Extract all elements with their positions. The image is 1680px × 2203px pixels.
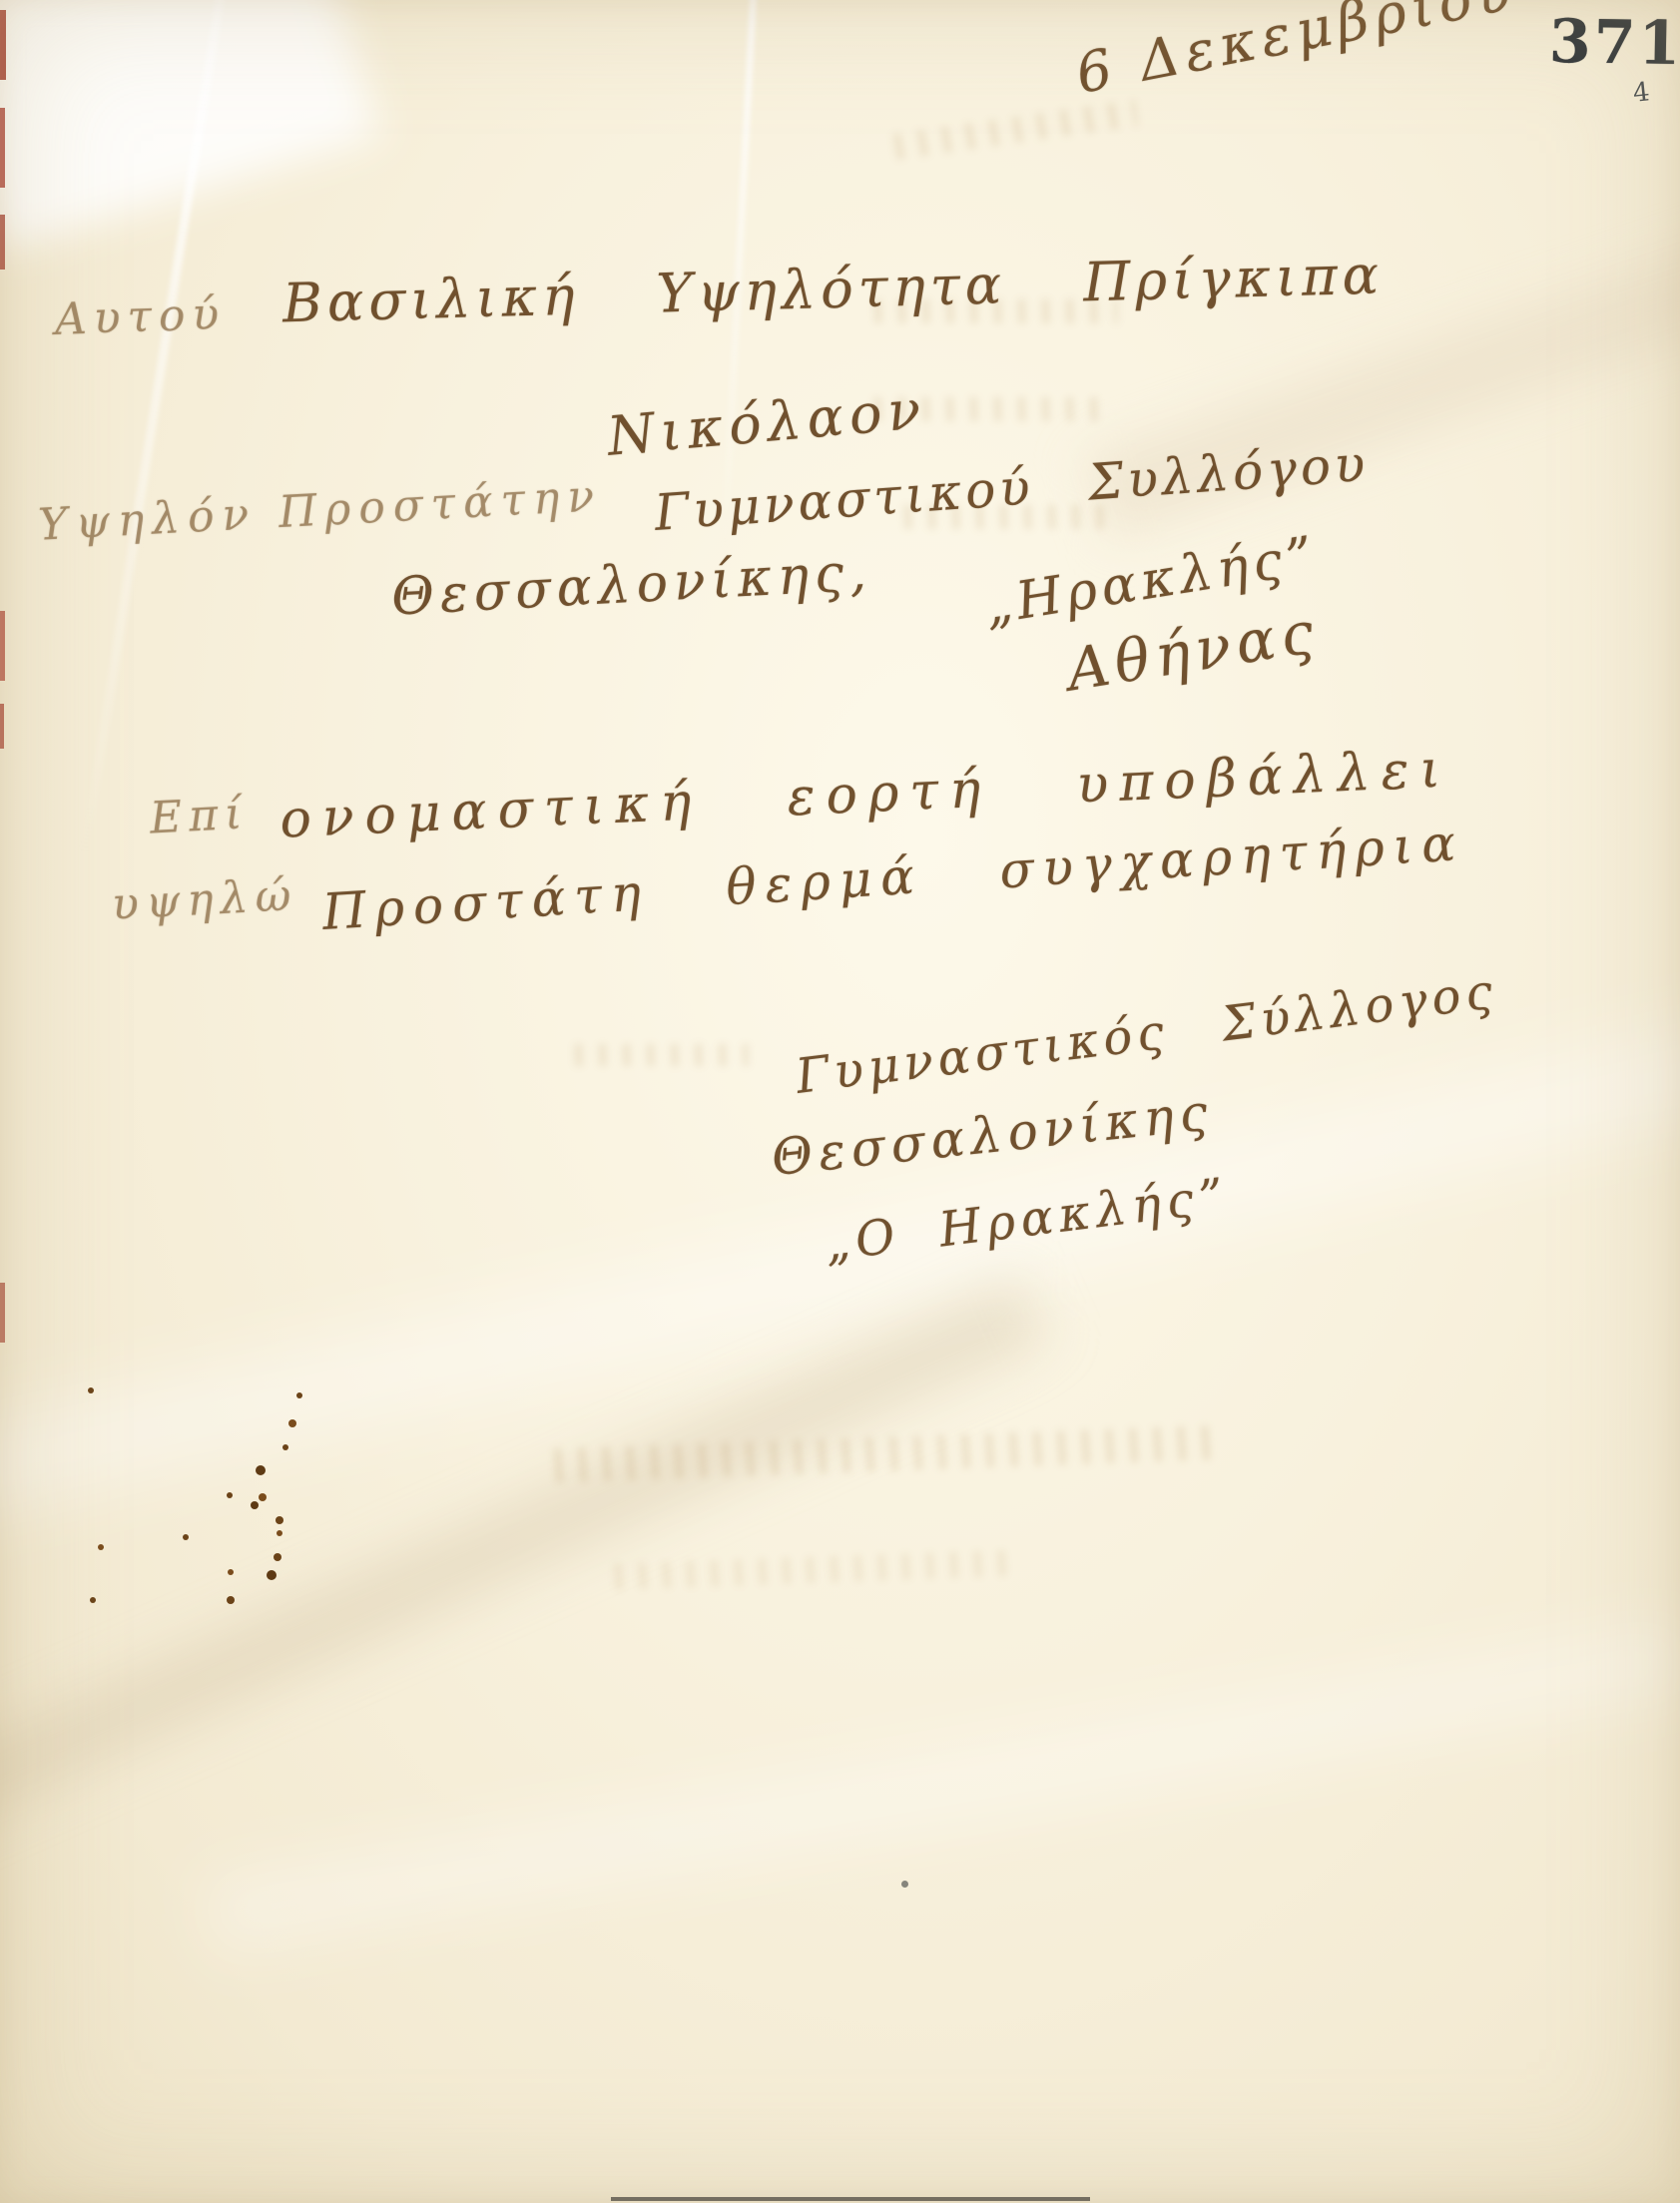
bleed-through-ink [539, 1425, 1219, 1483]
paper-crease [80, 0, 233, 853]
scan-edge-artifact [0, 611, 5, 681]
scan-edge-artifact [0, 215, 5, 270]
scan-edge-artifact [0, 1283, 5, 1343]
paper-fold-highlight [0, 0, 380, 253]
signature-club: Γυμναστικός Σύλλογος [793, 963, 1500, 1105]
body-line2-prefix: υψηλώ [111, 869, 299, 930]
signature-club-name: „Ο Ηρακλής” [822, 1167, 1233, 1272]
body-line1-prefix: Επί [149, 788, 251, 843]
recipient-line1: Βασιλική Υψηλότητα Πρίγκιπα [281, 244, 1384, 335]
scan-edge-artifact [0, 108, 5, 188]
recipient-line1-prefix: Αυτού [54, 288, 227, 345]
recipient-line3-prefix: Υψηλόν Προστάτην [37, 470, 603, 551]
recipient-line4-city: Θεσσαλονίκης, [390, 542, 873, 627]
bleed-through-ink [877, 100, 1138, 162]
letter-page: 371 4 6 Δεκεμβρίου Αυτού Βασιλική Υψηλότ… [0, 0, 1680, 2203]
scan-bottom-edge-line [611, 2197, 1090, 2201]
bleed-through-ink [599, 1550, 1019, 1591]
paper-shadow-band [204, 1617, 1680, 1955]
ink-smudge [88, 1387, 94, 1393]
handwritten-date: 6 Δεκεμβρίου [1071, 0, 1521, 106]
scan-edge-artifact [0, 704, 4, 749]
paper-shadow-band [0, 1277, 1048, 1848]
page-number-sub-mark: 4 [1631, 77, 1651, 109]
recipient-line2: Νικόλαον [605, 377, 929, 468]
bleed-through-ink [559, 1044, 749, 1066]
paper-speck [901, 1881, 908, 1888]
scan-edge-artifact [0, 10, 6, 80]
page-number-stamp: 371 [1548, 7, 1680, 79]
